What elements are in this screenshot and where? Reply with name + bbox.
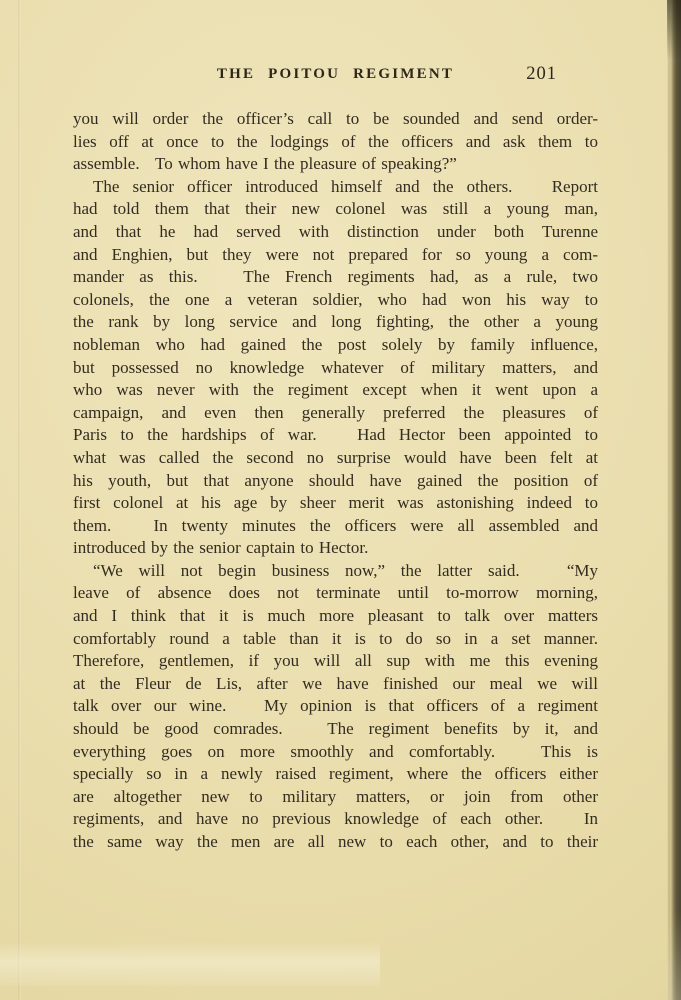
text-line: everything goes on more smoothly and com… [73,741,598,764]
scan-artifact [0,942,380,986]
text-line: colonels, the one a veteran soldier, who… [73,289,598,312]
text-line: first colonel at his age by sheer merit … [73,492,598,515]
text-line: you will order the officer’s call to be … [73,108,598,131]
text-line: mander as this. The French regiments had… [73,266,598,289]
text-line: lies off at once to the lodgings of the … [73,131,598,154]
text-line: them. In twenty minutes the officers wer… [73,515,598,538]
page-content: THE POITOU REGIMENT 201 you will order t… [73,0,598,854]
text-line: The senior officer introduced himself an… [73,176,598,199]
text-line: specially so in a newly raised regiment,… [73,763,598,786]
book-edge [667,0,681,1000]
book-page: THE POITOU REGIMENT 201 you will order t… [0,0,681,1000]
text-line: leave of absence does not terminate unti… [73,582,598,605]
text-line: had told them that their new colonel was… [73,198,598,221]
text-line: his youth, but that anyone should have g… [73,470,598,493]
running-title: THE POITOU REGIMENT [73,66,598,83]
paragraph: “We will not begin business now,” the la… [73,560,598,854]
paragraph: The senior officer introduced himself an… [73,176,598,560]
text-line: regiments, and have no previous knowledg… [73,808,598,831]
text-line: who was never with the regiment except w… [73,379,598,402]
text-line: what was called the second no surprise w… [73,447,598,470]
text-line: campaign, and even then generally prefer… [73,402,598,425]
text-line: at the Fleur de Lis, after we have finis… [73,673,598,696]
text-line: nobleman who had gained the post solely … [73,334,598,357]
text-line: comfortably round a table than it is to … [73,628,598,651]
text-line: and Enghien, but they were not prepared … [73,244,598,267]
text-line: are altogether new to military matters, … [73,786,598,809]
text-line: the rank by long service and long fighti… [73,311,598,334]
paragraph: you will order the officer’s call to be … [73,108,598,176]
text-line: talk over our wine. My opinion is that o… [73,695,598,718]
text-line: Therefore, gentlemen, if you will all su… [73,650,598,673]
page-fold-shadow [18,0,21,1000]
text-line: Paris to the hardships of war. Had Hecto… [73,424,598,447]
text-line: “We will not begin business now,” the la… [73,560,598,583]
text-line: the same way the men are all new to each… [73,831,598,854]
page-header: THE POITOU REGIMENT 201 [73,66,598,90]
text-line: and I think that it is much more pleasan… [73,605,598,628]
text-line: should be good comrades. The regiment be… [73,718,598,741]
page-number: 201 [526,64,557,85]
text-line: but possessed no knowledge whatever of m… [73,357,598,380]
text-line: assemble. To whom have I the pleasure of… [73,153,598,176]
text-line: and that he had served with distinction … [73,221,598,244]
page-body: you will order the officer’s call to be … [73,108,598,854]
text-line: introduced by the senior captain to Hect… [73,537,598,560]
